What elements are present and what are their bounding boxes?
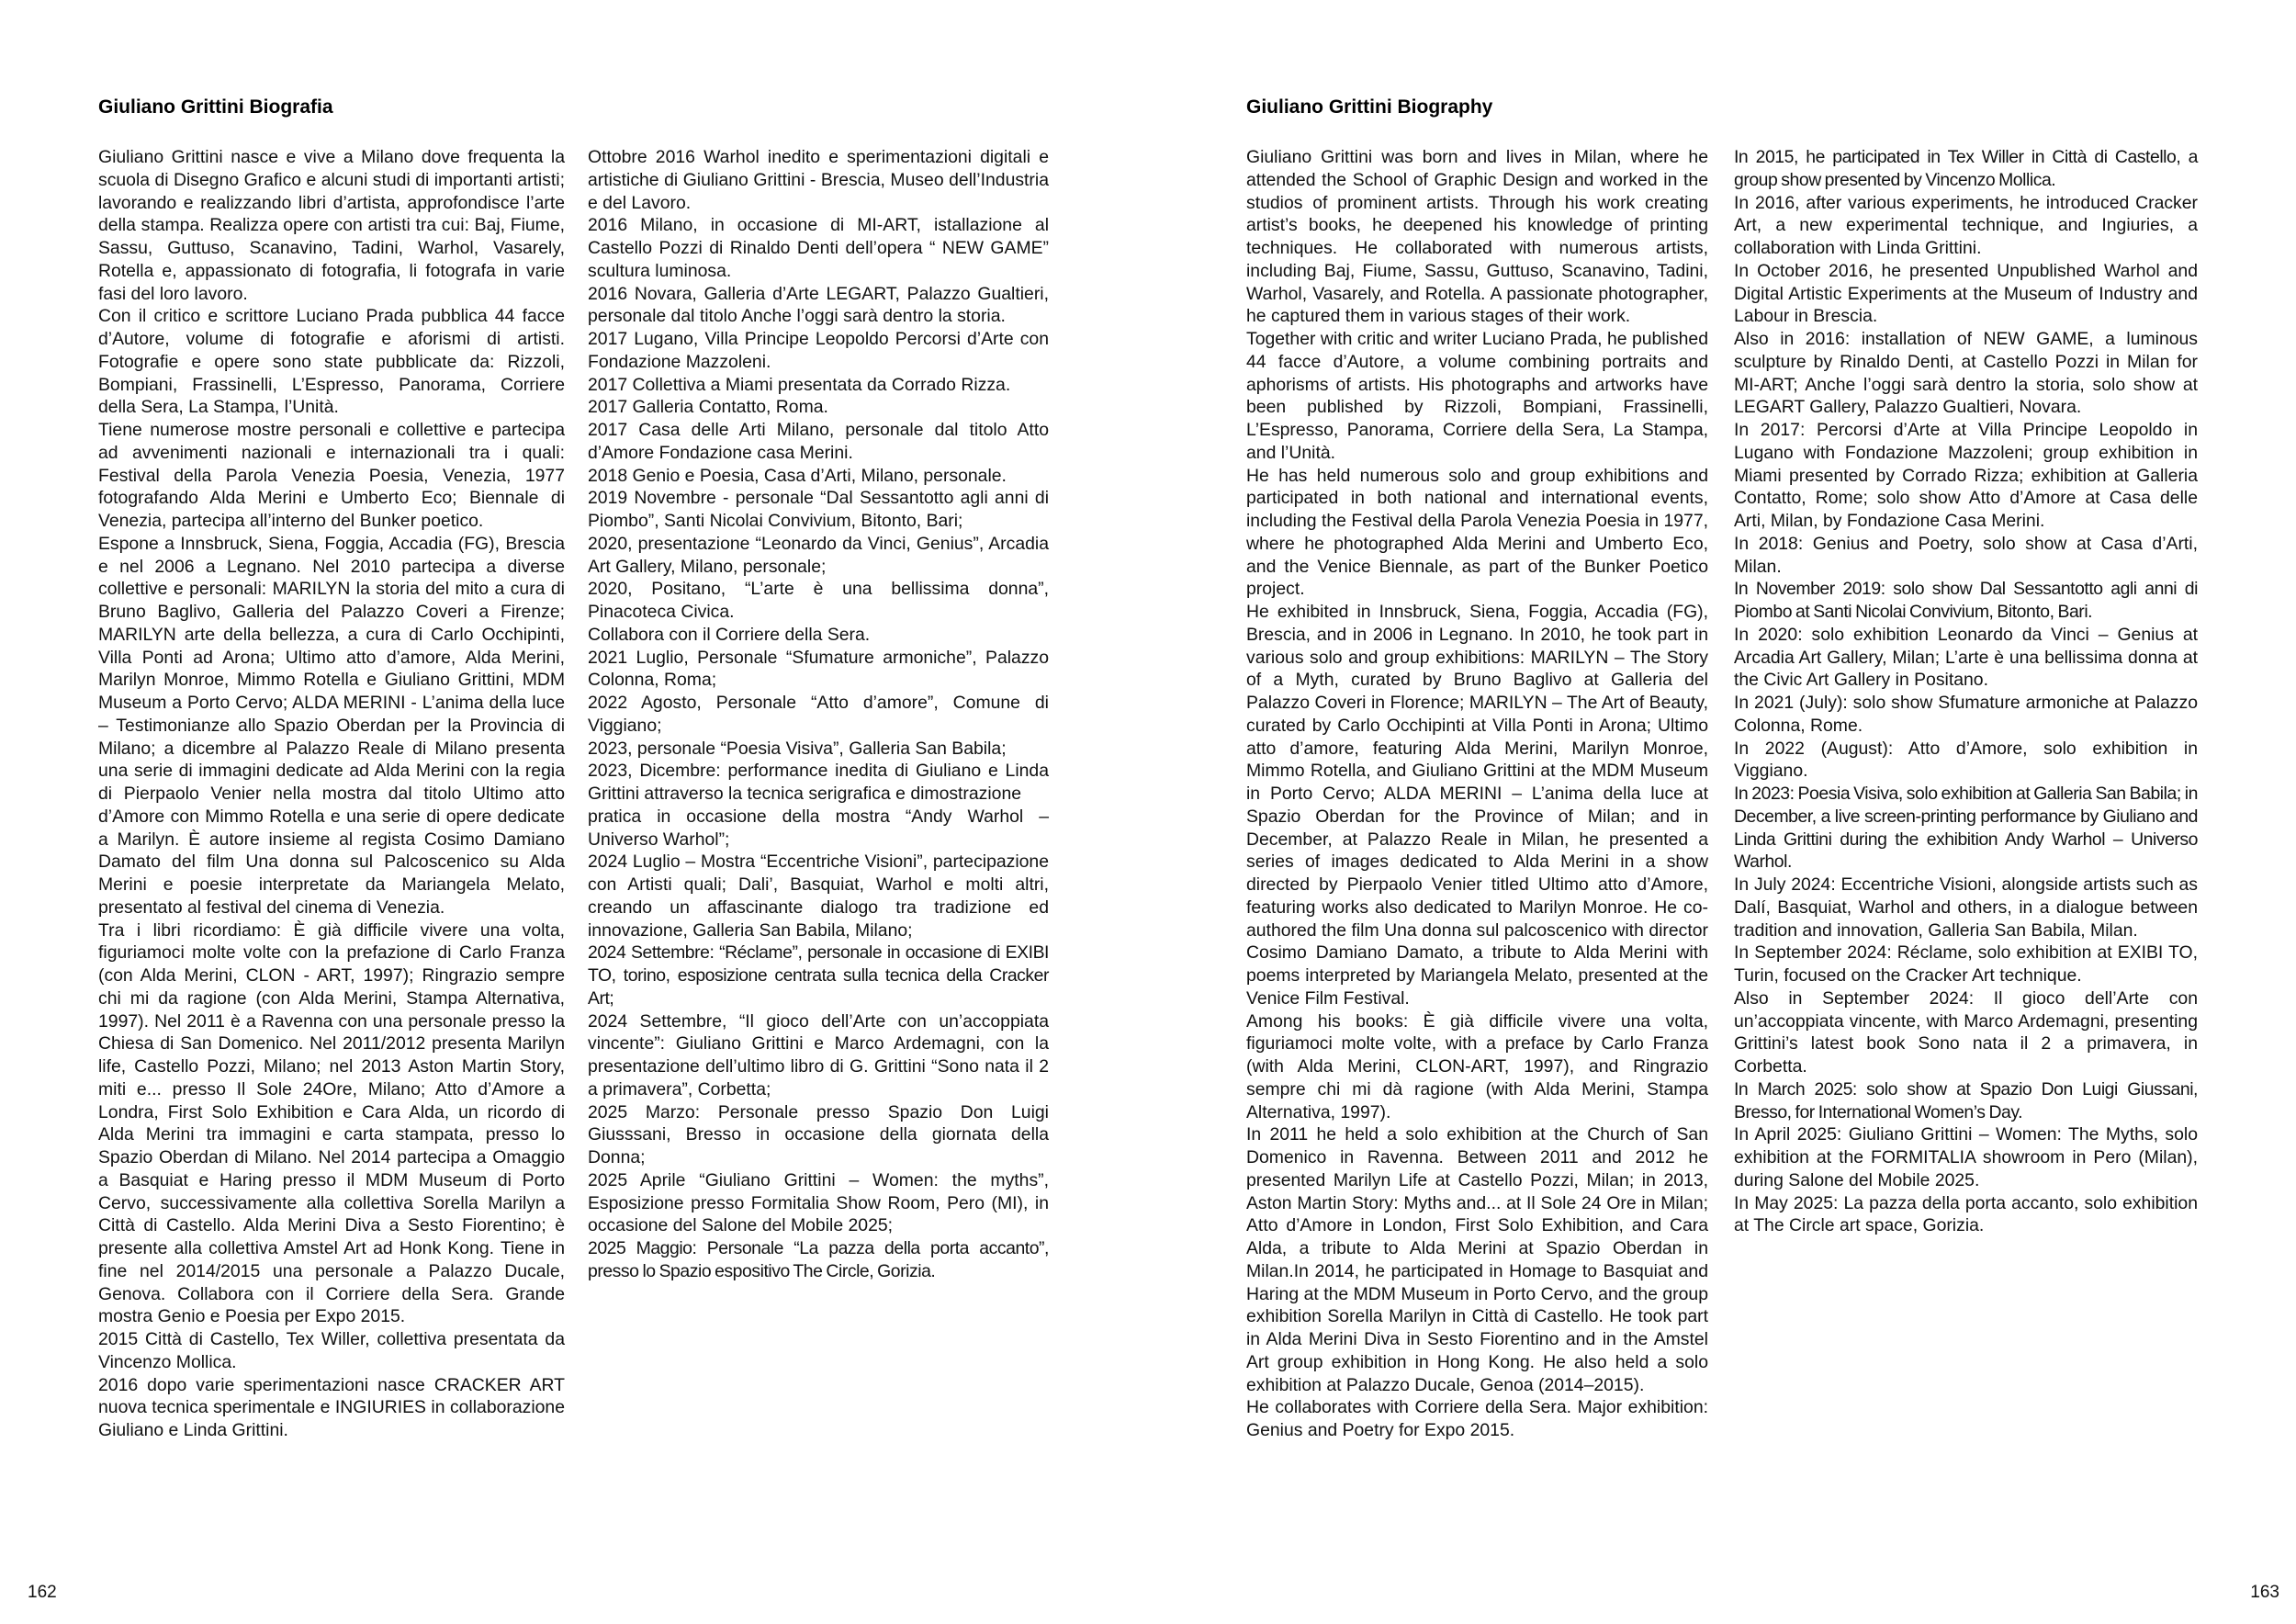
paragraph: Giuliano Grittini was born and lives in …	[1246, 146, 1708, 328]
chronology-entry: 2016 Milano, in occasione di MI-ART, ist…	[588, 214, 1049, 282]
page-title-italian: Giuliano Grittini Biografia	[98, 95, 333, 120]
chronology-entry: In March 2025: solo show at Spazio Don L…	[1734, 1078, 2198, 1124]
right-page-english: Giuliano Grittini Biography Giuliano Gri…	[1148, 0, 2296, 1624]
chronology-entry: 2021 Luglio, Personale “Sfumature armoni…	[588, 647, 1049, 693]
paragraph: Giuliano Grittini nasce e vive a Milano …	[98, 146, 565, 305]
chronology-entry: Ottobre 2016 Warhol inedito e sperimenta…	[588, 146, 1049, 214]
chronology-entry: Collabora con il Corriere della Sera.	[588, 624, 1049, 647]
italian-column-2: Ottobre 2016 Warhol inedito e sperimenta…	[588, 146, 1049, 1283]
chronology-entry: In November 2019: solo show Dal Sessanto…	[1734, 578, 2198, 624]
chronology-entry: In April 2025: Giuliano Grittini – Women…	[1734, 1123, 2198, 1191]
chronology-entry: In October 2016, he presented Unpublishe…	[1734, 260, 2198, 328]
chronology-entry: In 2021 (July): solo show Sfumature armo…	[1734, 692, 2198, 738]
chronology-entry: In September 2024: Réclame, solo exhibit…	[1734, 942, 2198, 987]
chronology-entry: Also in September 2024: Il gioco dell’Ar…	[1734, 987, 2198, 1078]
chronology-entry: 2025 Maggio: Personale “La pazza della p…	[588, 1237, 1049, 1283]
page-number-right: 163	[2250, 1582, 2279, 1604]
chronology-entry: In 2017: Percorsi d’Arte at Villa Princi…	[1734, 419, 2198, 533]
paragraph: Espone a Innsbruck, Siena, Foggia, Accad…	[98, 533, 565, 919]
paragraph: He collaborates with Corriere della Sera…	[1246, 1396, 1708, 1442]
chronology-entry: 2018 Genio e Poesia, Casa d’Arti, Milano…	[588, 465, 1049, 488]
paragraph: Together with critic and writer Luciano …	[1246, 328, 1708, 465]
chronology-entry: 2020, Positano, “L’arte è una bellissima…	[588, 578, 1049, 624]
chronology-entry: 2020, presentazione “Leonardo da Vinci, …	[588, 533, 1049, 579]
paragraph: In 2011 he held a solo exhibition at the…	[1246, 1123, 1708, 1396]
chronology-entry: 2017 Collettiva a Miami presentata da Co…	[588, 374, 1049, 397]
chronology-entry: 2022 Agosto, Personale “Atto d’amore”, C…	[588, 692, 1049, 738]
paragraph: He exhibited in Innsbruck, Siena, Foggia…	[1246, 601, 1708, 1010]
chronology-entry: In 2023: Poesia Visiva, solo exhibition …	[1734, 783, 2198, 874]
chronology-entry: In 2020: solo exhibition Leonardo da Vin…	[1734, 624, 2198, 692]
chronology-entry: 2024 Luglio – Mostra “Eccentriche Vision…	[588, 851, 1049, 942]
chronology-entry: 2024 Settembre: “Réclame”, personale in …	[588, 942, 1049, 1009]
chronology-entry: In 2015, he participated in Tex Willer i…	[1734, 146, 2198, 192]
paragraph: Tiene numerose mostre personali e collet…	[98, 419, 565, 533]
chronology-entry: In 2018: Genius and Poetry, solo show at…	[1734, 533, 2198, 579]
italian-column-1: Giuliano Grittini nasce e vive a Milano …	[98, 146, 565, 1442]
chronology-entry: In 2022 (August): Atto d’Amore, solo exh…	[1734, 738, 2198, 784]
english-column-2: In 2015, he participated in Tex Willer i…	[1734, 146, 2198, 1237]
paragraph: Among his books: È già difficile vivere …	[1246, 1010, 1708, 1124]
chronology-entry: 2025 Marzo: Personale presso Spazio Don …	[588, 1101, 1049, 1169]
chronology-entry: 2017 Casa delle Arti Milano, personale d…	[588, 419, 1049, 465]
english-column-1: Giuliano Grittini was born and lives in …	[1246, 146, 1708, 1442]
page-number-left: 162	[28, 1582, 57, 1604]
paragraph: Con il critico e scrittore Luciano Prada…	[98, 305, 565, 419]
page-title-english: Giuliano Grittini Biography	[1246, 95, 1492, 120]
chronology-entry: 2024 Settembre, “Il gioco dell’Arte con …	[588, 1010, 1049, 1101]
chronology-entry: 2017 Lugano, Villa Principe Leopoldo Per…	[588, 328, 1049, 374]
chronology-entry: 2016 Novara, Galleria d’Arte LEGART, Pal…	[588, 283, 1049, 329]
chronology-entry: In 2016, after various experiments, he i…	[1734, 192, 2198, 260]
chronology-entry: 2023, Dicembre: performance inedita di G…	[588, 760, 1049, 806]
paragraph: 2015 Città di Castello, Tex Willer, coll…	[98, 1328, 565, 1374]
chronology-entry: 2017 Galleria Contatto, Roma.	[588, 396, 1049, 419]
chronology-entry: 2019 Novembre - personale “Dal Sessantot…	[588, 487, 1049, 533]
paragraph: 2016 dopo varie sperimentazioni nasce CR…	[98, 1374, 565, 1442]
left-page-italian: Giuliano Grittini Biografia Giuliano Gri…	[0, 0, 1148, 1624]
chronology-entry: In July 2024: Eccentriche Visioni, along…	[1734, 874, 2198, 942]
chronology-entry: Also in 2016: installation of NEW GAME, …	[1734, 328, 2198, 419]
chronology-entry: pratica in occasione della mostra “Andy …	[588, 806, 1049, 851]
paragraph: Tra i libri ricordiamo: È già difficile …	[98, 919, 565, 1329]
chronology-entry: 2025 Aprile “Giuliano Grittini – Women: …	[588, 1169, 1049, 1237]
chronology-entry: 2023, personale “Poesia Visiva”, Galleri…	[588, 738, 1049, 761]
chronology-entry: In May 2025: La pazza della porta accant…	[1734, 1192, 2198, 1238]
paragraph: He has held numerous solo and group exhi…	[1246, 465, 1708, 602]
